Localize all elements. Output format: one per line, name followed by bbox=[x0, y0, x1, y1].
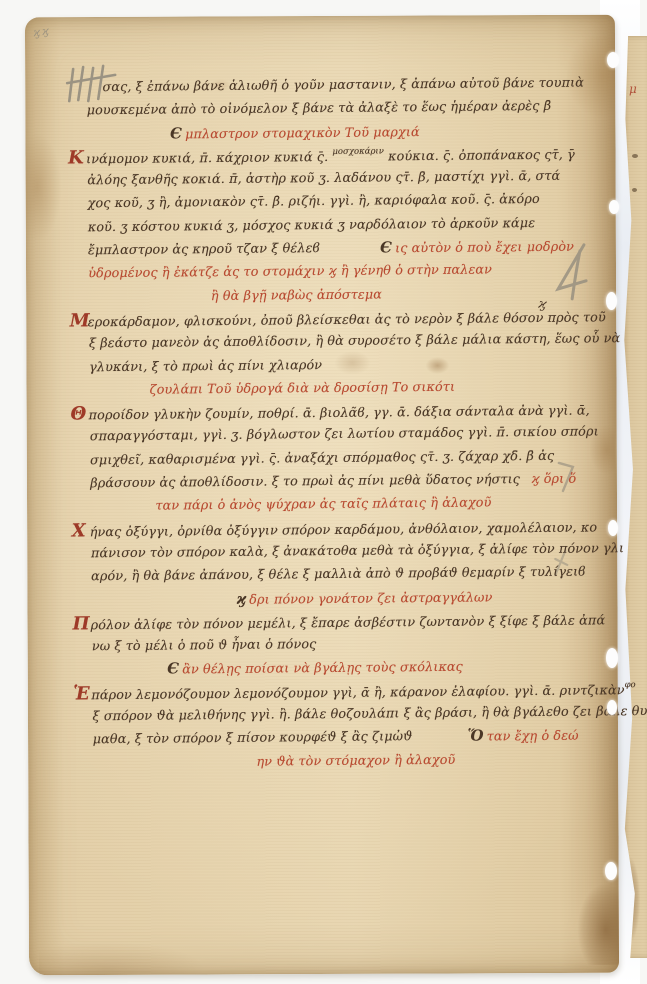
body-text: γλυκάνι, ξ τὸ πρωὶ ἀς πίνι χλιαρόν bbox=[89, 358, 322, 375]
initial-letter: Κ bbox=[68, 146, 82, 169]
body-text: μαθα, ξ τὸν σπόρον ξ πίσον κουρφέϑ ξ ἂς … bbox=[93, 726, 413, 752]
page-edge-chip bbox=[607, 700, 617, 715]
rubric-text: ζουλάπι Τοῦ ὑδρογά διὰ νὰ δροσίσῃ Το σικ… bbox=[150, 380, 456, 398]
rubric-tail: Єις αὐτὸν ὁ ποὺ ἔχει μοδρὸν bbox=[380, 235, 574, 260]
manuscript-page: ϗϗ ϗ bbox=[25, 15, 619, 976]
body-text: κοῦ. ʒ κόστου κυκιά ʒ, μόσχος κυκιά ʒ να… bbox=[88, 216, 535, 235]
text-line: βράσσουν ἀς ἀποθλίδοσιν. ξ το πρωὶ ἀς πί… bbox=[90, 468, 576, 496]
rubric-text: ἂν θέλῃς ποίσαι νὰ βγάλῃς τοὺς σκόλικας bbox=[182, 660, 463, 678]
body-text: ινάμομον κυκιά, π̄. κάχριον κυκιά ς̄. bbox=[86, 150, 328, 167]
rubric-text: ην ϑὰ τὸν στόμαχον ἢ ἀλαχοῦ bbox=[256, 752, 455, 769]
siglum: ϗ bbox=[236, 589, 246, 607]
ink-spot bbox=[632, 188, 637, 192]
siglum: Ὅ bbox=[467, 727, 483, 745]
initial-letter: Ἑ bbox=[73, 682, 87, 705]
body-text: νω ξ τὸ μέλι ὁ ποῦ ϑ ἦναι ὁ πόνος bbox=[92, 637, 317, 654]
initial-letter: Π bbox=[72, 612, 86, 635]
paper-stain bbox=[39, 914, 259, 975]
body-text: σμιχθεῖ, καθαρισμένα γγὶ. ς̄. ἀναξάχι σπ… bbox=[90, 449, 554, 468]
body-text: ἀλόης ξανθῆς κοκιά. π̄, ἀστὴρ κοῦ ʒ. λαδ… bbox=[87, 169, 560, 189]
initial-letter: Χ bbox=[72, 519, 86, 542]
pencil-corner-note: ϗϗ bbox=[32, 24, 51, 39]
text-line: μαθα, ξ τὸν σπόρον ξ πίσον κουρφέϑ ξ ἂς … bbox=[93, 724, 579, 752]
manuscript-scan: μ ϗϗ bbox=[0, 0, 647, 984]
body-text: χος κοῦ, ʒ ἢ, ἀμονιακὸν ςτ̄. β̄. ριζήι. … bbox=[88, 192, 540, 211]
superscript-gloss: φο bbox=[625, 680, 636, 690]
body-text: σπαραγγόσταμι, γγὶ. ʒ. βόγλωστον ζει λωτ… bbox=[90, 425, 599, 445]
rubric-text: δρι πόνον γονάτον ζει ἀστραγγάλων bbox=[249, 590, 492, 607]
page-edge-chip bbox=[609, 200, 619, 214]
body-text: εροκάρδαμον, φλισκούνι, ὀποῦ βλείσκεθαι … bbox=[88, 310, 606, 330]
body-text: σας, ξ ἐπάνω βάνε ἁλιωθῆ ὁ γοῦν μαστανιν… bbox=[102, 76, 584, 96]
text-block: σας, ξ ἐπάνω βάνε ἁλιωθῆ ὁ γοῦν μαστανιν… bbox=[86, 72, 579, 776]
initial-letter: Μ bbox=[70, 309, 84, 332]
body-text: αρόν, ἢ θὰ βάνε ἀπάνου, ξ θέλε ξ μαλλιὰ … bbox=[91, 565, 586, 585]
rubric-text: ις αὐτὸν ὁ ποὺ ἔχει μοδρὸν bbox=[395, 240, 574, 257]
text-line: Πρόλον ἀλίφε τὸν πόνον μεμέλι, ξ ἔπαρε ἀ… bbox=[91, 607, 577, 635]
body-text: ήνας ὀξύγγι, ὀρνίθα ὀξύγγιν σπόρον καρδά… bbox=[90, 520, 598, 540]
page-edge-chip bbox=[607, 52, 619, 68]
facing-page-rubric-fragment: μ bbox=[629, 82, 637, 96]
body-text: κούκια. ς̄. ὀποπάνακος ςτ̄, γ̄ bbox=[388, 148, 575, 165]
ink-spot bbox=[632, 154, 638, 158]
rubric-text: ταν ἔχῃ ὁ δεώ bbox=[487, 729, 579, 745]
page-edge-chip bbox=[606, 292, 617, 310]
rubric-text: ἢ θὰ βγῇ ναβὼς ἀπόστεμα bbox=[211, 287, 382, 304]
siglum: Є bbox=[167, 660, 179, 678]
body-text: ξ βεάστο μανεὸν ἀς ἀποθλίδοσιν, ἢ θὰ συρ… bbox=[89, 331, 620, 351]
body-text: μουσκεμένα ἀπὸ τὸ οἰνόμελον ξ βάνε τὰ ἀλ… bbox=[87, 99, 552, 118]
text-line: μουσκεμένα ἀπὸ τὸ οἰνόμελον ξ βάνε τὰ ἀλ… bbox=[87, 95, 573, 123]
initial-letter: Θ bbox=[70, 402, 84, 425]
rubric-tail: Ὅταν ἔχῃ ὁ δεώ bbox=[467, 724, 578, 748]
body-text: ξ σπόρον ϑὰ μελιθήνης γγὶ. ἢ. βάλε θοζου… bbox=[92, 704, 647, 725]
text-line: ξ βεάστο μανεὸν ἀς ἀποθλίδοσιν, ἢ θὰ συρ… bbox=[89, 328, 575, 356]
page-edge-chip bbox=[608, 520, 618, 536]
rubric-text: ταν πάρι ὁ ἀνὸς ψύχραν ἀς ταῖς πλάταις ἢ… bbox=[155, 496, 491, 514]
text-line: ἔμπλαστρον ἀς κηροῦ τζαν ξ θέλεϐЄις αὐτὸ… bbox=[88, 235, 574, 263]
paper-stain bbox=[25, 117, 84, 257]
rubric-heading: ην ϑὰ τὸν στόμαχον ἢ ἀλαχοῦ bbox=[93, 747, 579, 775]
rubric-tail: ϗ ὅρι ὅ bbox=[531, 468, 576, 492]
rubric-text: μπλαστρον στομαχικὸν Τοῦ μαρχιά bbox=[185, 125, 420, 142]
siglum: Є bbox=[170, 124, 182, 142]
superscript-gloss: μοσχοκάριν bbox=[332, 146, 384, 156]
rubric-text: ὑδρομένος ἢ ἐκάτζε ἀς το στομάχιν ϗ ἢ γέ… bbox=[88, 263, 492, 282]
body-text: ρόλον ἀλίφε τὸν πόνον μεμέλι, ξ ἔπαρε ἀσ… bbox=[91, 613, 606, 633]
siglum: Є bbox=[380, 238, 392, 256]
page-edge-chip bbox=[606, 648, 618, 668]
body-text: πάνισον τὸν σπόρον καλὰ, ξ ἀνακάτοθα μεθ… bbox=[91, 541, 624, 561]
page-edge-chip bbox=[605, 862, 617, 880]
text-line: αρόν, ἢ θὰ βάνε ἀπάνου, ξ θέλε ξ μαλλιὰ … bbox=[91, 561, 577, 589]
body-text: ποροίδον γλυκὴν ζουμίν, ποθρί. ᾱ. βιολᾶϐ… bbox=[89, 404, 590, 424]
body-text: ἔμπλαστρον ἀς κηροῦ τζαν ξ θέλεϐ bbox=[88, 237, 320, 263]
